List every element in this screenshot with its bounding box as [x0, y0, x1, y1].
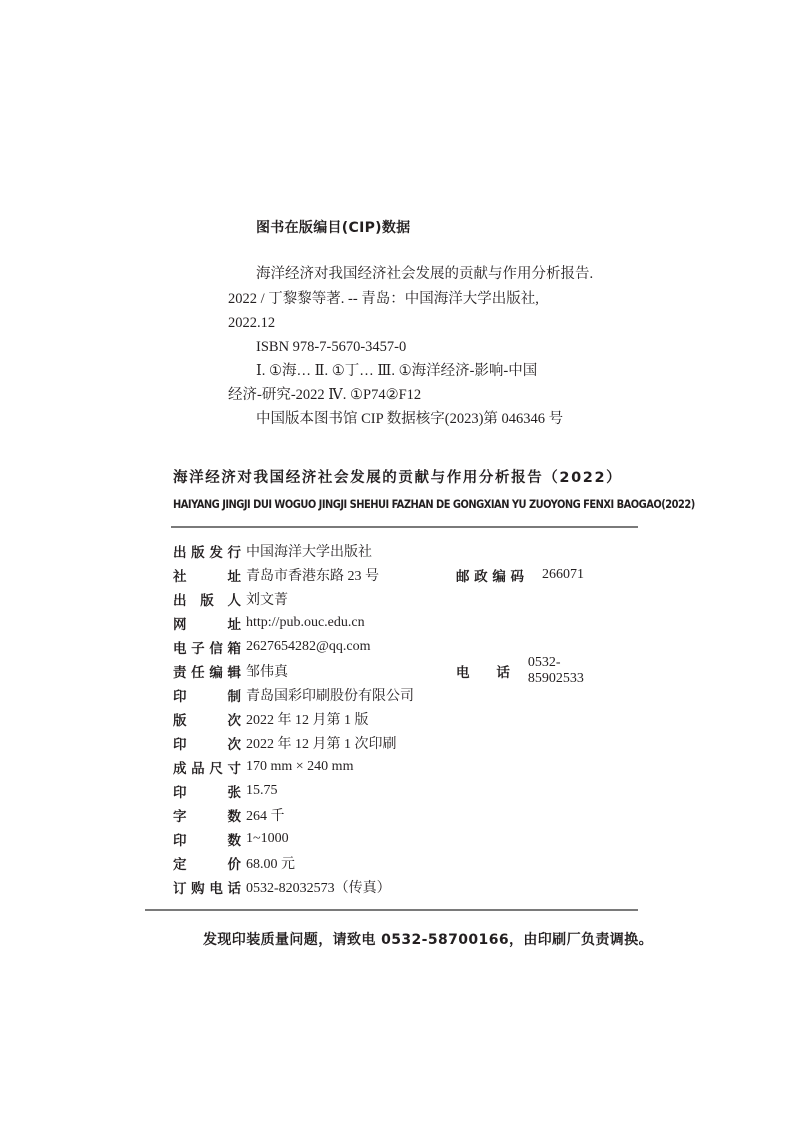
colophon-row: 印数1~1000 [173, 828, 289, 850]
divider-bottom [145, 909, 638, 911]
colophon-label-char: 址 [228, 565, 242, 585]
colophon-value: 1~1000 [246, 831, 289, 847]
colophon-value: http://pub.ouc.edu.cn [246, 615, 365, 631]
colophon-label: 印张 [173, 781, 241, 801]
colophon-value: 青岛国彩印刷股份有限公司 [246, 685, 414, 705]
divider-top [171, 526, 638, 528]
colophon-label: 订购电话 [173, 877, 241, 897]
colophon-label-char: 址 [228, 613, 242, 633]
cip-line-author: 2022 / 丁黎黎等著. -- 青岛：中国海洋大学出版社, [228, 289, 539, 309]
colophon-label-char: 次 [228, 709, 242, 729]
colophon-label-char: 电 [173, 637, 187, 657]
colophon-label: 字数 [173, 805, 241, 825]
colophon-row: 成品尺寸170 mm × 240 mm [173, 756, 353, 778]
colophon-right-value: 266071 [542, 567, 584, 583]
colophon-label-char: 网 [173, 613, 187, 633]
colophon-label-char: 话 [227, 877, 241, 897]
quality-notice: 发现印装质量问题，请致电 0532-58700166，由印刷厂负责调换。 [203, 929, 653, 949]
cip-line-classification: 经济-研究-2022 Ⅳ. ①P74②F12 [228, 385, 421, 405]
colophon-label-char: 版 [191, 541, 205, 561]
colophon-label-char: 印 [173, 781, 187, 801]
colophon-row: 字数264 千 [173, 804, 285, 826]
colophon-label: 出版人 [173, 589, 241, 609]
colophon-value: 15.75 [246, 783, 278, 799]
colophon-label-char: 政 [474, 565, 488, 585]
colophon-right-value: 0532-85902533 [528, 655, 598, 687]
colophon-label-char: 编 [492, 565, 506, 585]
colophon-label-char: 出 [173, 589, 187, 609]
colophon-right-field: 邮政编码266071 [456, 565, 584, 585]
colophon-label-char: 尺 [209, 757, 223, 777]
colophon-value: 青岛市香港东路 23 号 [246, 565, 379, 585]
colophon-label-char: 字 [173, 805, 187, 825]
colophon-label-char: 社 [173, 565, 187, 585]
colophon-value: 2627654282@qq.com [246, 639, 371, 655]
colophon-label-char: 出 [173, 541, 187, 561]
colophon-value: 中国海洋大学出版社 [246, 541, 372, 561]
colophon-label-char: 购 [191, 877, 205, 897]
colophon-value: 68.00 元 [246, 853, 295, 873]
colophon-label-char: 订 [173, 877, 187, 897]
colophon-right-label: 邮政编码 [456, 565, 524, 585]
colophon-row: 印次2022 年 12 月第 1 次印刷 [173, 732, 397, 754]
colophon-label: 印制 [173, 685, 241, 705]
colophon-label-char: 版 [173, 709, 187, 729]
colophon-label-char: 寸 [227, 757, 241, 777]
cip-line-isbn: ISBN 978-7-5670-3457-0 [256, 337, 406, 357]
colophon-label: 网址 [173, 613, 241, 633]
colophon-label: 出版发行 [173, 541, 241, 561]
colophon-label-char: 电 [209, 877, 223, 897]
colophon-label-char: 行 [227, 541, 241, 561]
colophon-row: 印张15.75 [173, 780, 278, 802]
book-title: 海洋经济对我国经济社会发展的贡献与作用分析报告（2022） [173, 466, 622, 487]
colophon-row: 出版人刘文菁 [173, 588, 288, 610]
colophon-label-char: 制 [228, 685, 242, 705]
colophon-right-label: 电话 [456, 661, 510, 681]
colophon-row: 印制青岛国彩印刷股份有限公司 [173, 684, 414, 706]
colophon-label-char: 成 [173, 757, 187, 777]
colophon-label: 成品尺寸 [173, 757, 241, 777]
cip-line-title: 海洋经济对我国经济社会发展的贡献与作用分析报告. [256, 264, 593, 284]
colophon-label: 社址 [173, 565, 241, 585]
colophon-label-char: 邮 [456, 565, 470, 585]
colophon-row: 版次2022 年 12 月第 1 版 [173, 708, 369, 730]
colophon-label: 印次 [173, 733, 241, 753]
colophon-label-char: 价 [228, 853, 242, 873]
colophon-row: 订购电话0532-82032573（传真） [173, 876, 391, 898]
colophon-label-char: 版 [200, 589, 214, 609]
colophon-row: 定价68.00 元 [173, 852, 295, 874]
colophon-value: 邹伟真 [246, 661, 288, 681]
colophon-label-char: 印 [173, 685, 187, 705]
colophon-value: 0532-82032573（传真） [246, 877, 391, 897]
colophon-value: 2022 年 12 月第 1 次印刷 [246, 733, 397, 753]
colophon-label-char: 子 [191, 637, 205, 657]
colophon-value: 2022 年 12 月第 1 版 [246, 709, 369, 729]
colophon-value: 刘文菁 [246, 589, 288, 609]
cip-line-date: 2022.12 [228, 313, 275, 333]
book-title-pinyin: HAIYANG JINGJI DUI WOGUO JINGJI SHEHUI F… [173, 497, 695, 511]
colophon-label-char: 数 [228, 805, 242, 825]
cip-line-subjects: Ⅰ. ①海… Ⅱ. ①丁… Ⅲ. ①海洋经济-影响-中国 [256, 361, 537, 381]
colophon-label-char: 印 [173, 733, 187, 753]
colophon-row: 电子信箱2627654282@qq.com [173, 636, 371, 658]
colophon-label-char: 印 [173, 829, 187, 849]
colophon-label-char: 信 [209, 637, 223, 657]
cip-heading: 图书在版编目(CIP)数据 [256, 217, 410, 237]
colophon-label-char: 码 [510, 565, 524, 585]
colophon-label-char: 人 [228, 589, 242, 609]
colophon-label-char: 责 [173, 661, 187, 681]
colophon-label-char: 次 [228, 733, 242, 753]
cip-line-record-number: 中国版本图书馆 CIP 数据核字(2023)第 046346 号 [256, 409, 563, 429]
colophon-row: 社址青岛市香港东路 23 号邮政编码266071 [173, 564, 379, 586]
colophon-label-char: 数 [228, 829, 242, 849]
colophon-value: 264 千 [246, 805, 285, 825]
colophon-label-char: 电 [456, 661, 470, 681]
colophon-label-char: 辑 [227, 661, 241, 681]
colophon-label-char: 发 [209, 541, 223, 561]
colophon-label: 印数 [173, 829, 241, 849]
colophon-label-char: 编 [209, 661, 223, 681]
colophon-label-char: 箱 [227, 637, 241, 657]
colophon-row: 出版发行中国海洋大学出版社 [173, 540, 372, 562]
colophon-label: 版次 [173, 709, 241, 729]
colophon-label-char: 任 [191, 661, 205, 681]
colophon-label: 定价 [173, 853, 241, 873]
colophon-label: 电子信箱 [173, 637, 241, 657]
colophon-label-char: 定 [173, 853, 187, 873]
colophon-row: 责任编辑邹伟真电话0532-85902533 [173, 660, 288, 682]
colophon-label-char: 话 [496, 661, 510, 681]
colophon-row: 网址http://pub.ouc.edu.cn [173, 612, 365, 634]
colophon-label: 责任编辑 [173, 661, 241, 681]
colophon-right-field: 电话0532-85902533 [456, 655, 598, 687]
colophon-label-char: 品 [191, 757, 205, 777]
colophon-label-char: 张 [228, 781, 242, 801]
colophon-value: 170 mm × 240 mm [246, 759, 353, 775]
